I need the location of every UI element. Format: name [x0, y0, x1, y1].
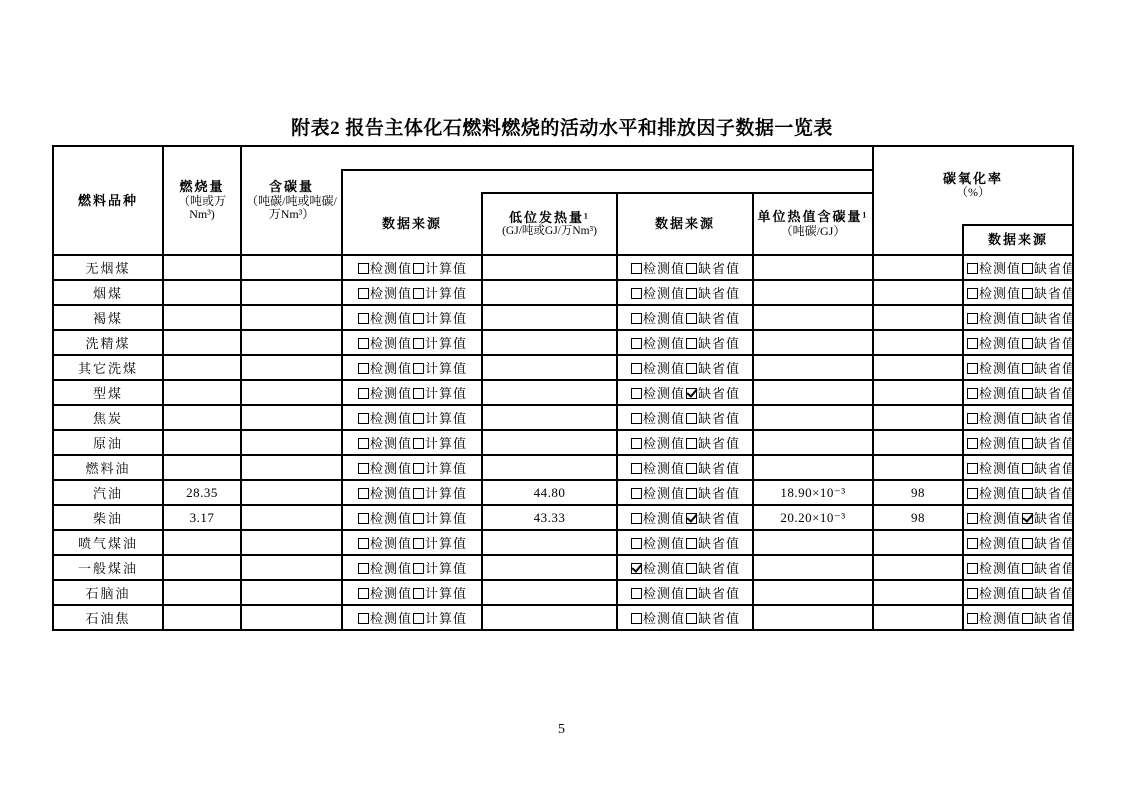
- checkbox-label: 缺省值: [698, 611, 740, 626]
- oxidation-rate-cell: [873, 530, 963, 555]
- carbon-source-cell: 检测值计算值: [342, 280, 482, 305]
- ncv-cell: [482, 580, 617, 605]
- fuel-name-cell: 石脑油: [53, 580, 163, 605]
- checkbox-label: 缺省值: [698, 586, 740, 601]
- carbon-source-cell: 检测值计算值: [342, 380, 482, 405]
- carbon-content-cell: [241, 330, 342, 355]
- cpcv-cell: [753, 405, 873, 430]
- ncv-source-cell: 检测值缺省值: [617, 380, 753, 405]
- oxidation-source-cell: 检测值缺省值: [963, 330, 1073, 355]
- oxidation-rate-cell: [873, 555, 963, 580]
- header-data-source-2-label: 数据来源: [620, 216, 750, 232]
- table-row: 原油检测值计算值检测值缺省值检测值缺省值: [53, 430, 1073, 455]
- checkbox-label: 缺省值: [1034, 286, 1073, 301]
- oxidation-source-cell: 检测值缺省值: [963, 355, 1073, 380]
- checkbox-label: 缺省值: [698, 511, 740, 526]
- checkbox-label: 计算值: [425, 586, 467, 601]
- checkbox-label: 计算值: [425, 436, 467, 451]
- checkbox-label: 检测值: [370, 586, 412, 601]
- checkbox-empty-icon: [967, 288, 978, 299]
- checkbox-empty-icon: [1022, 563, 1033, 574]
- checkbox-label: 检测值: [370, 261, 412, 276]
- checkbox-empty-icon: [1022, 338, 1033, 349]
- carbon-source-cell: 检测值计算值: [342, 430, 482, 455]
- fuel-name-cell: 其它洗煤: [53, 355, 163, 380]
- oxidation-rate-cell: [873, 580, 963, 605]
- checkbox-empty-icon: [1022, 263, 1033, 274]
- checkbox-empty-icon: [1022, 538, 1033, 549]
- ncv-source-cell: 检测值缺省值: [617, 405, 753, 430]
- checkbox-label: 检测值: [643, 511, 685, 526]
- checkbox-label: 缺省值: [698, 536, 740, 551]
- checkbox-label: 检测值: [643, 261, 685, 276]
- checkbox-empty-icon: [413, 513, 424, 524]
- checkbox-label: 检测值: [979, 611, 1021, 626]
- header-carbon-content-label: 含碳量: [244, 179, 339, 195]
- carbon-source-cell: 检测值计算值: [342, 605, 482, 630]
- table-row: 其它洗煤检测值计算值检测值缺省值检测值缺省值: [53, 355, 1073, 380]
- checkbox-label: 缺省值: [1034, 511, 1073, 526]
- checkbox-empty-icon: [1022, 313, 1033, 324]
- combustion-amount-cell: 28.35: [163, 480, 241, 505]
- header-ncv-label: 低位发热量¹: [485, 210, 614, 226]
- checkbox-label: 检测值: [979, 261, 1021, 276]
- checkbox-checked-icon: [631, 563, 642, 574]
- fuel-name-cell: 汽油: [53, 480, 163, 505]
- carbon-source-cell: 检测值计算值: [342, 305, 482, 330]
- table-row: 洗精煤检测值计算值检测值缺省值检测值缺省值: [53, 330, 1073, 355]
- carbon-source-cell: 检测值计算值: [342, 255, 482, 280]
- header-ncv: 低位发热量¹ (GJ/吨或GJ/万Nm³): [482, 193, 617, 255]
- table-row: 无烟煤检测值计算值检测值缺省值检测值缺省值: [53, 255, 1073, 280]
- table-row: 一般煤油检测值计算值检测值缺省值检测值缺省值: [53, 555, 1073, 580]
- checkbox-empty-icon: [967, 363, 978, 374]
- header-oxidation-rate: 碳氧化率 （%）: [873, 146, 1073, 225]
- checkbox-checked-icon: [686, 388, 697, 399]
- header-oxidation-rate-unit: （%）: [876, 186, 1070, 200]
- table-row: 石脑油检测值计算值检测值缺省值检测值缺省值: [53, 580, 1073, 605]
- carbon-content-cell: [241, 505, 342, 530]
- oxidation-rate-cell: [873, 255, 963, 280]
- table-row: 烟煤检测值计算值检测值缺省值检测值缺省值: [53, 280, 1073, 305]
- carbon-content-cell: [241, 355, 342, 380]
- checkbox-empty-icon: [631, 588, 642, 599]
- checkbox-label: 检测值: [979, 561, 1021, 576]
- checkbox-label: 缺省值: [1034, 436, 1073, 451]
- checkbox-label: 检测值: [643, 436, 685, 451]
- checkbox-label: 检测值: [370, 411, 412, 426]
- oxidation-source-cell: 检测值缺省值: [963, 280, 1073, 305]
- checkbox-label: 缺省值: [1034, 361, 1073, 376]
- checkbox-label: 计算值: [425, 311, 467, 326]
- checkbox-empty-icon: [686, 288, 697, 299]
- checkbox-label: 检测值: [643, 311, 685, 326]
- ncv-cell: [482, 280, 617, 305]
- checkbox-label: 检测值: [979, 336, 1021, 351]
- checkbox-label: 缺省值: [698, 361, 740, 376]
- checkbox-label: 缺省值: [1034, 611, 1073, 626]
- checkbox-empty-icon: [413, 338, 424, 349]
- checkbox-empty-icon: [413, 538, 424, 549]
- checkbox-label: 缺省值: [698, 311, 740, 326]
- ncv-cell: [482, 255, 617, 280]
- checkbox-empty-icon: [967, 513, 978, 524]
- combustion-amount-cell: [163, 455, 241, 480]
- ncv-source-cell: 检测值缺省值: [617, 455, 753, 480]
- cpcv-cell: [753, 255, 873, 280]
- combustion-amount-cell: [163, 380, 241, 405]
- carbon-content-cell: [241, 605, 342, 630]
- checkbox-label: 计算值: [425, 411, 467, 426]
- checkbox-label: 计算值: [425, 286, 467, 301]
- checkbox-empty-icon: [686, 338, 697, 349]
- oxidation-rate-cell: [873, 455, 963, 480]
- oxidation-rate-cell: 98: [873, 505, 963, 530]
- oxidation-source-cell: 检测值缺省值: [963, 255, 1073, 280]
- checkbox-label: 缺省值: [1034, 261, 1073, 276]
- checkbox-empty-icon: [413, 388, 424, 399]
- oxidation-source-cell: 检测值缺省值: [963, 480, 1073, 505]
- carbon-content-cell: [241, 255, 342, 280]
- checkbox-label: 检测值: [370, 486, 412, 501]
- checkbox-label: 检测值: [643, 461, 685, 476]
- checkbox-label: 检测值: [979, 411, 1021, 426]
- ncv-source-cell: 检测值缺省值: [617, 355, 753, 380]
- checkbox-label: 检测值: [643, 486, 685, 501]
- checkbox-empty-icon: [413, 588, 424, 599]
- checkbox-label: 缺省值: [1034, 386, 1073, 401]
- oxidation-source-cell: 检测值缺省值: [963, 580, 1073, 605]
- checkbox-label: 检测值: [979, 586, 1021, 601]
- oxidation-source-cell: 检测值缺省值: [963, 555, 1073, 580]
- checkbox-empty-icon: [413, 413, 424, 424]
- fuel-name-cell: 烟煤: [53, 280, 163, 305]
- oxidation-rate-cell: [873, 280, 963, 305]
- ncv-cell: [482, 355, 617, 380]
- cpcv-cell: [753, 380, 873, 405]
- ncv-cell: [482, 455, 617, 480]
- checkbox-empty-icon: [358, 388, 369, 399]
- header-fuel-type-label: 燃料品种: [56, 193, 160, 209]
- fuel-name-cell: 一般煤油: [53, 555, 163, 580]
- checkbox-empty-icon: [631, 438, 642, 449]
- checkbox-empty-icon: [686, 263, 697, 274]
- checkbox-empty-icon: [967, 438, 978, 449]
- checkbox-label: 缺省值: [698, 386, 740, 401]
- table-body: 无烟煤检测值计算值检测值缺省值检测值缺省值烟煤检测值计算值检测值缺省值检测值缺省…: [53, 255, 1073, 630]
- ncv-source-cell: 检测值缺省值: [617, 505, 753, 530]
- checkbox-empty-icon: [413, 563, 424, 574]
- checkbox-empty-icon: [631, 513, 642, 524]
- checkbox-label: 计算值: [425, 461, 467, 476]
- checkbox-checked-icon: [686, 513, 697, 524]
- ncv-cell: [482, 305, 617, 330]
- ncv-cell: [482, 555, 617, 580]
- combustion-amount-cell: [163, 280, 241, 305]
- header-combustion-amount-label: 燃烧量: [166, 179, 238, 195]
- checkbox-empty-icon: [358, 413, 369, 424]
- checkbox-empty-icon: [631, 313, 642, 324]
- oxidation-source-cell: 检测值缺省值: [963, 405, 1073, 430]
- checkbox-label: 检测值: [370, 361, 412, 376]
- checkbox-empty-icon: [1022, 363, 1033, 374]
- header-oxidation-empty: [873, 225, 963, 255]
- checkbox-label: 缺省值: [698, 486, 740, 501]
- checkbox-label: 缺省值: [1034, 411, 1073, 426]
- checkbox-label: 检测值: [643, 536, 685, 551]
- cpcv-cell: 20.20×10⁻³: [753, 505, 873, 530]
- combustion-amount-cell: [163, 355, 241, 380]
- cpcv-cell: [753, 555, 873, 580]
- checkbox-empty-icon: [686, 613, 697, 624]
- checkbox-empty-icon: [1022, 388, 1033, 399]
- fuel-name-cell: 喷气煤油: [53, 530, 163, 555]
- combustion-amount-cell: [163, 305, 241, 330]
- carbon-source-cell: 检测值计算值: [342, 480, 482, 505]
- oxidation-rate-cell: 98: [873, 480, 963, 505]
- header-cpcv-unit: （吨碳/GJ）: [756, 225, 870, 239]
- checkbox-empty-icon: [967, 338, 978, 349]
- oxidation-rate-cell: [873, 430, 963, 455]
- combustion-amount-cell: [163, 555, 241, 580]
- checkbox-empty-icon: [1022, 488, 1033, 499]
- checkbox-empty-icon: [358, 263, 369, 274]
- checkbox-empty-icon: [413, 313, 424, 324]
- table-row: 石油焦检测值计算值检测值缺省值检测值缺省值: [53, 605, 1073, 630]
- cpcv-cell: [753, 455, 873, 480]
- oxidation-source-cell: 检测值缺省值: [963, 430, 1073, 455]
- checkbox-empty-icon: [631, 463, 642, 474]
- checkbox-label: 计算值: [425, 511, 467, 526]
- checkbox-label: 检测值: [370, 511, 412, 526]
- checkbox-empty-icon: [631, 263, 642, 274]
- header-carbon-content-unit: （吨碳/吨或吨碳/万Nm³）: [244, 195, 339, 223]
- checkbox-label: 计算值: [425, 561, 467, 576]
- checkbox-empty-icon: [358, 588, 369, 599]
- checkbox-label: 计算值: [425, 336, 467, 351]
- oxidation-source-cell: 检测值缺省值: [963, 455, 1073, 480]
- checkbox-empty-icon: [686, 313, 697, 324]
- checkbox-label: 检测值: [979, 486, 1021, 501]
- checkbox-empty-icon: [967, 613, 978, 624]
- ncv-source-cell: 检测值缺省值: [617, 430, 753, 455]
- header-cpcv: 单位热值含碳量¹ （吨碳/GJ）: [753, 193, 873, 255]
- checkbox-label: 缺省值: [1034, 311, 1073, 326]
- checkbox-empty-icon: [967, 388, 978, 399]
- ncv-cell: [482, 605, 617, 630]
- header-empty-band-top: [342, 146, 873, 170]
- checkbox-label: 检测值: [643, 386, 685, 401]
- ncv-source-cell: 检测值缺省值: [617, 255, 753, 280]
- fuel-name-cell: 燃料油: [53, 455, 163, 480]
- checkbox-empty-icon: [358, 363, 369, 374]
- checkbox-label: 检测值: [370, 611, 412, 626]
- checkbox-empty-icon: [631, 363, 642, 374]
- carbon-content-cell: [241, 555, 342, 580]
- checkbox-empty-icon: [686, 538, 697, 549]
- carbon-source-cell: 检测值计算值: [342, 455, 482, 480]
- carbon-source-cell: 检测值计算值: [342, 355, 482, 380]
- checkbox-empty-icon: [686, 563, 697, 574]
- checkbox-label: 缺省值: [698, 336, 740, 351]
- checkbox-label: 检测值: [979, 436, 1021, 451]
- cpcv-cell: [753, 280, 873, 305]
- checkbox-label: 检测值: [370, 286, 412, 301]
- ncv-source-cell: 检测值缺省值: [617, 580, 753, 605]
- checkbox-empty-icon: [631, 413, 642, 424]
- cpcv-cell: [753, 305, 873, 330]
- checkbox-empty-icon: [358, 338, 369, 349]
- carbon-source-cell: 检测值计算值: [342, 505, 482, 530]
- header-fuel-type: 燃料品种: [53, 146, 163, 255]
- cpcv-cell: [753, 530, 873, 555]
- checkbox-label: 计算值: [425, 261, 467, 276]
- checkbox-label: 缺省值: [1034, 461, 1073, 476]
- checkbox-empty-icon: [631, 338, 642, 349]
- checkbox-label: 检测值: [643, 336, 685, 351]
- data-table: 燃料品种 燃烧量 （吨或万Nm³) 含碳量 （吨碳/吨或吨碳/万Nm³） 碳氧化…: [52, 145, 1074, 631]
- cpcv-cell: [753, 605, 873, 630]
- carbon-content-cell: [241, 380, 342, 405]
- carbon-content-cell: [241, 530, 342, 555]
- checkbox-label: 检测值: [979, 386, 1021, 401]
- checkbox-empty-icon: [358, 288, 369, 299]
- oxidation-source-cell: 检测值缺省值: [963, 605, 1073, 630]
- oxidation-rate-cell: [873, 405, 963, 430]
- ncv-cell: [482, 530, 617, 555]
- checkbox-label: 检测值: [979, 311, 1021, 326]
- table-row: 柴油3.17检测值计算值43.33检测值缺省值20.20×10⁻³98检测值缺省…: [53, 505, 1073, 530]
- checkbox-empty-icon: [686, 463, 697, 474]
- checkbox-empty-icon: [631, 488, 642, 499]
- header-data-source-3-label: 数据来源: [966, 232, 1070, 248]
- checkbox-empty-icon: [358, 513, 369, 524]
- checkbox-label: 缺省值: [1034, 536, 1073, 551]
- checkbox-label: 缺省值: [698, 411, 740, 426]
- carbon-source-cell: 检测值计算值: [342, 330, 482, 355]
- ncv-source-cell: 检测值缺省值: [617, 530, 753, 555]
- carbon-content-cell: [241, 480, 342, 505]
- table-header: 燃料品种 燃烧量 （吨或万Nm³) 含碳量 （吨碳/吨或吨碳/万Nm³） 碳氧化…: [53, 146, 1073, 255]
- fuel-name-cell: 原油: [53, 430, 163, 455]
- checkbox-label: 检测值: [979, 361, 1021, 376]
- combustion-amount-cell: [163, 330, 241, 355]
- oxidation-rate-cell: [873, 330, 963, 355]
- header-empty-band-left: [342, 170, 482, 193]
- checkbox-label: 缺省值: [1034, 586, 1073, 601]
- ncv-cell: [482, 380, 617, 405]
- combustion-amount-cell: [163, 430, 241, 455]
- carbon-source-cell: 检测值计算值: [342, 555, 482, 580]
- checkbox-empty-icon: [967, 563, 978, 574]
- fuel-name-cell: 柴油: [53, 505, 163, 530]
- checkbox-empty-icon: [967, 463, 978, 474]
- checkbox-label: 缺省值: [698, 561, 740, 576]
- checkbox-empty-icon: [631, 388, 642, 399]
- combustion-amount-cell: [163, 255, 241, 280]
- header-data-source-2: 数据来源: [617, 193, 753, 255]
- page-number: 5: [0, 722, 1123, 738]
- checkbox-label: 计算值: [425, 361, 467, 376]
- table-row: 燃料油检测值计算值检测值缺省值检测值缺省值: [53, 455, 1073, 480]
- combustion-amount-cell: [163, 605, 241, 630]
- checkbox-label: 计算值: [425, 386, 467, 401]
- carbon-source-cell: 检测值计算值: [342, 530, 482, 555]
- carbon-content-cell: [241, 580, 342, 605]
- checkbox-empty-icon: [1022, 438, 1033, 449]
- checkbox-label: 检测值: [370, 561, 412, 576]
- checkbox-empty-icon: [413, 438, 424, 449]
- checkbox-label: 检测值: [370, 311, 412, 326]
- oxidation-source-cell: 检测值缺省值: [963, 305, 1073, 330]
- checkbox-empty-icon: [686, 363, 697, 374]
- checkbox-label: 检测值: [370, 386, 412, 401]
- carbon-content-cell: [241, 305, 342, 330]
- checkbox-label: 缺省值: [1034, 336, 1073, 351]
- oxidation-rate-cell: [873, 305, 963, 330]
- header-data-source-3: 数据来源: [963, 225, 1073, 255]
- fuel-name-cell: 褐煤: [53, 305, 163, 330]
- ncv-cell: [482, 430, 617, 455]
- checkbox-empty-icon: [967, 313, 978, 324]
- cpcv-cell: [753, 580, 873, 605]
- fuel-name-cell: 洗精煤: [53, 330, 163, 355]
- cpcv-cell: [753, 430, 873, 455]
- checkbox-label: 检测值: [370, 336, 412, 351]
- oxidation-source-cell: 检测值缺省值: [963, 380, 1073, 405]
- checkbox-empty-icon: [358, 488, 369, 499]
- checkbox-label: 检测值: [643, 361, 685, 376]
- combustion-amount-cell: 3.17: [163, 505, 241, 530]
- checkbox-empty-icon: [686, 413, 697, 424]
- ncv-cell: [482, 405, 617, 430]
- carbon-content-cell: [241, 430, 342, 455]
- checkbox-empty-icon: [967, 413, 978, 424]
- checkbox-label: 检测值: [643, 286, 685, 301]
- checkbox-label: 缺省值: [698, 286, 740, 301]
- ncv-source-cell: 检测值缺省值: [617, 330, 753, 355]
- ncv-cell: 44.80: [482, 480, 617, 505]
- cpcv-cell: 18.90×10⁻³: [753, 480, 873, 505]
- ncv-source-cell: 检测值缺省值: [617, 280, 753, 305]
- header-cpcv-label: 单位热值含碳量¹: [756, 209, 870, 225]
- checkbox-empty-icon: [1022, 613, 1033, 624]
- checkbox-label: 检测值: [979, 286, 1021, 301]
- ncv-source-cell: 检测值缺省值: [617, 555, 753, 580]
- checkbox-label: 计算值: [425, 486, 467, 501]
- checkbox-empty-icon: [631, 288, 642, 299]
- checkbox-empty-icon: [1022, 588, 1033, 599]
- fuel-name-cell: 无烟煤: [53, 255, 163, 280]
- checkbox-empty-icon: [686, 488, 697, 499]
- combustion-amount-cell: [163, 405, 241, 430]
- checkbox-label: 计算值: [425, 536, 467, 551]
- cpcv-cell: [753, 355, 873, 380]
- checkbox-empty-icon: [413, 613, 424, 624]
- table-row: 汽油28.35检测值计算值44.80检测值缺省值18.90×10⁻³98检测值缺…: [53, 480, 1073, 505]
- carbon-source-cell: 检测值计算值: [342, 580, 482, 605]
- cpcv-cell: [753, 330, 873, 355]
- combustion-amount-cell: [163, 580, 241, 605]
- oxidation-source-cell: 检测值缺省值: [963, 530, 1073, 555]
- table-row: 褐煤检测值计算值检测值缺省值检测值缺省值: [53, 305, 1073, 330]
- checkbox-empty-icon: [1022, 413, 1033, 424]
- checkbox-label: 缺省值: [698, 261, 740, 276]
- checkbox-empty-icon: [413, 263, 424, 274]
- checkbox-label: 检测值: [370, 536, 412, 551]
- oxidation-rate-cell: [873, 355, 963, 380]
- checkbox-empty-icon: [967, 488, 978, 499]
